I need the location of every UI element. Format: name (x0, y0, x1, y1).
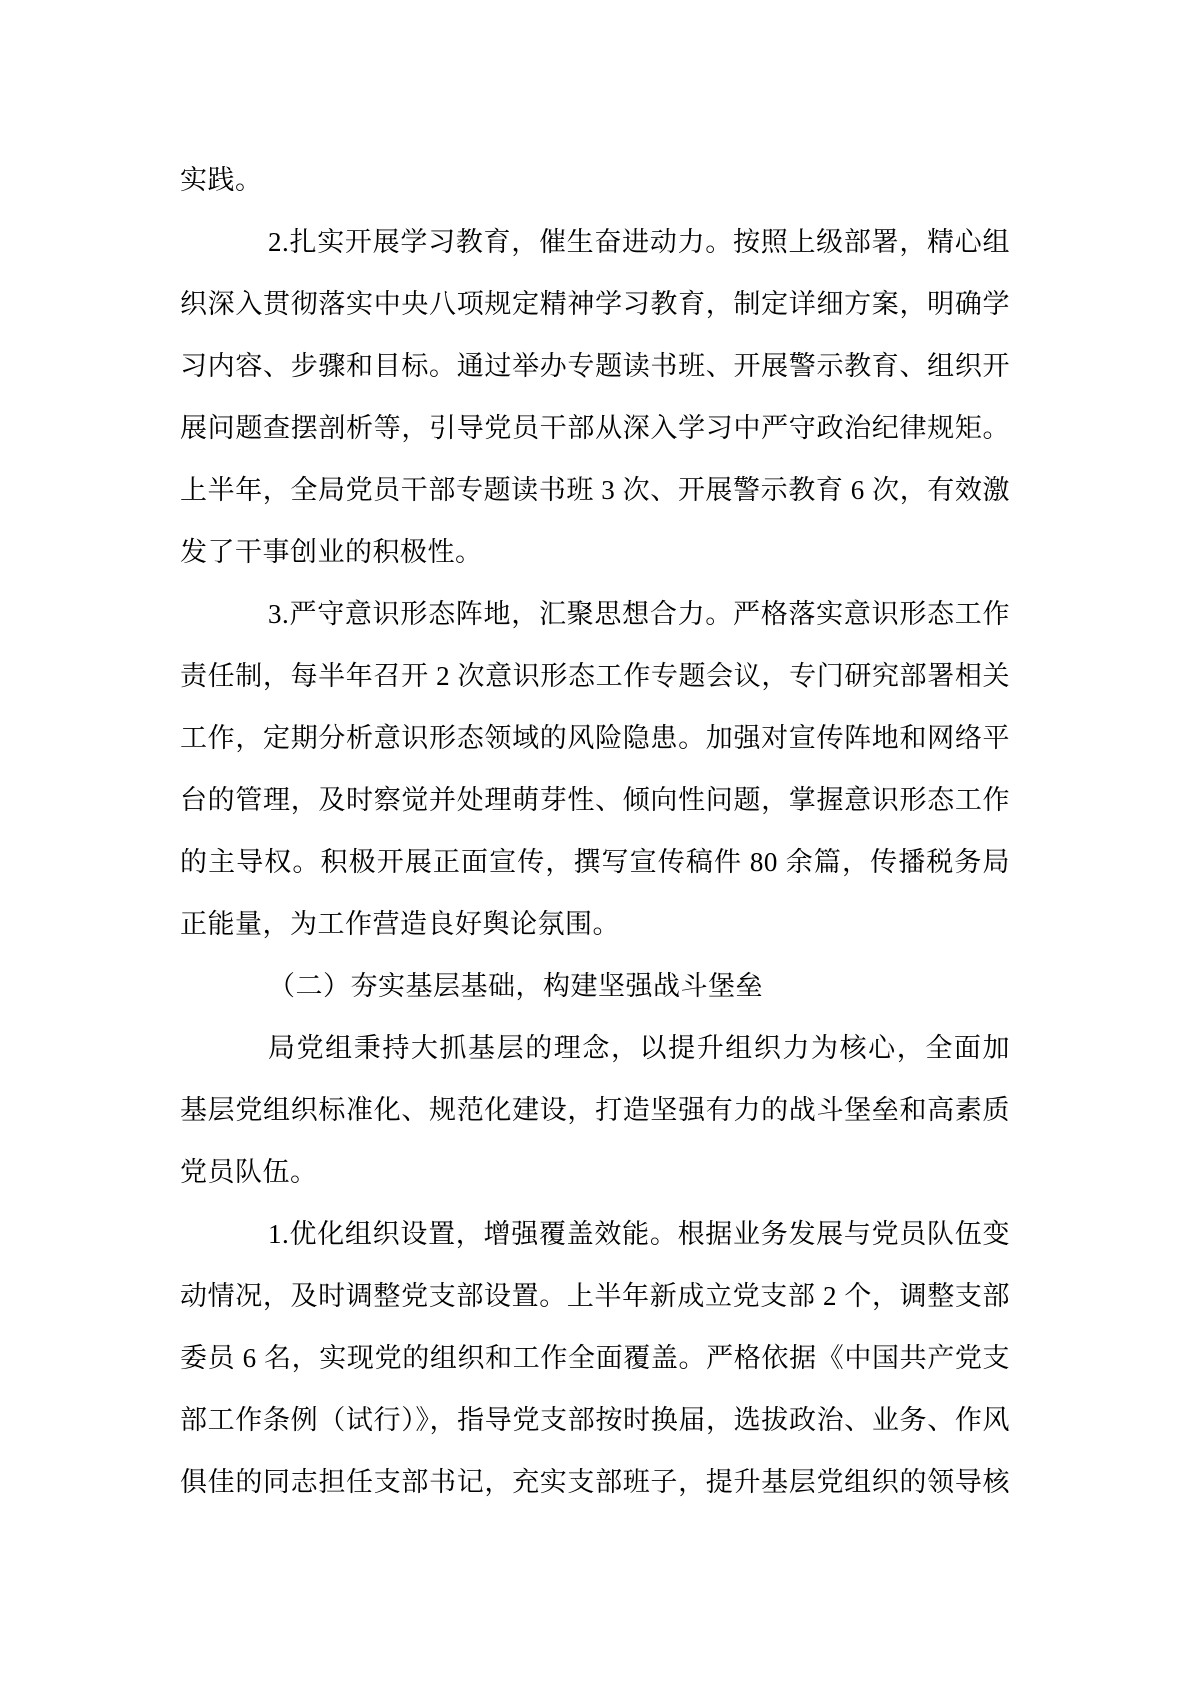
text-line: 正能量，为工作营造良好舆论氛围。 (180, 893, 1010, 955)
text-line: 3.严守意识形态阵地，汇聚思想合力。严格落实意识形态工作 (180, 583, 1010, 645)
document-text-block: 实践。2.扎实开展学习教育，催生奋进动力。按照上级部署，精心组织深入贯彻落实中央… (180, 149, 1010, 1513)
text-line: 2.扎实开展学习教育，催生奋进动力。按照上级部署，精心组 (180, 211, 1010, 273)
text-line: 台的管理，及时察觉并处理萌芽性、倾向性问题，掌握意识形态工作 (180, 769, 1010, 831)
text-line: 1.优化组织设置，增强覆盖效能。根据业务发展与党员队伍变 (180, 1203, 1010, 1265)
text-line: 展问题查摆剖析等，引导党员干部从深入学习中严守政治纪律规矩。 (180, 397, 1010, 459)
document-page: 实践。2.扎实开展学习教育，催生奋进动力。按照上级部署，精心组织深入贯彻落实中央… (0, 0, 1190, 1683)
text-line: 织深入贯彻落实中央八项规定精神学习教育，制定详细方案，明确学 (180, 273, 1010, 335)
text-line: 俱佳的同志担任支部书记，充实支部班子，提升基层党组织的领导核 (180, 1451, 1010, 1513)
text-line: 局党组秉持大抓基层的理念，以提升组织力为核心，全面加强 (180, 1017, 1010, 1079)
text-line: 部工作条例（试行）》，指导党支部按时换届，选拔政治、业务、作风 (180, 1389, 1010, 1451)
text-line: 基层党组织标准化、规范化建设，打造坚强有力的战斗堡垒和高素质 (180, 1079, 1010, 1141)
text-line: 发了干事创业的积极性。 (180, 521, 1010, 583)
text-line: 党员队伍。 (180, 1141, 1010, 1203)
text-line: 委员 6 名，实现党的组织和工作全面覆盖。严格依据《中国共产党支 (180, 1327, 1010, 1389)
text-line: 动情况，及时调整党支部设置。上半年新成立党支部 2 个，调整支部 (180, 1265, 1010, 1327)
text-line: 实践。 (180, 149, 1010, 211)
text-line: 习内容、步骤和目标。通过举办专题读书班、开展警示教育、组织开 (180, 335, 1010, 397)
text-line: 责任制，每半年召开 2 次意识形态工作专题会议，专门研究部署相关 (180, 645, 1010, 707)
text-line: 的主导权。积极开展正面宣传，撰写宣传稿件 80 余篇，传播税务局 (180, 831, 1010, 893)
text-line: 工作，定期分析意识形态领域的风险隐患。加强对宣传阵地和网络平 (180, 707, 1010, 769)
section-heading: （二）夯实基层基础，构建坚强战斗堡垒 (180, 955, 1010, 1017)
text-line: 上半年，全局党员干部专题读书班 3 次、开展警示教育 6 次，有效激 (180, 459, 1010, 521)
